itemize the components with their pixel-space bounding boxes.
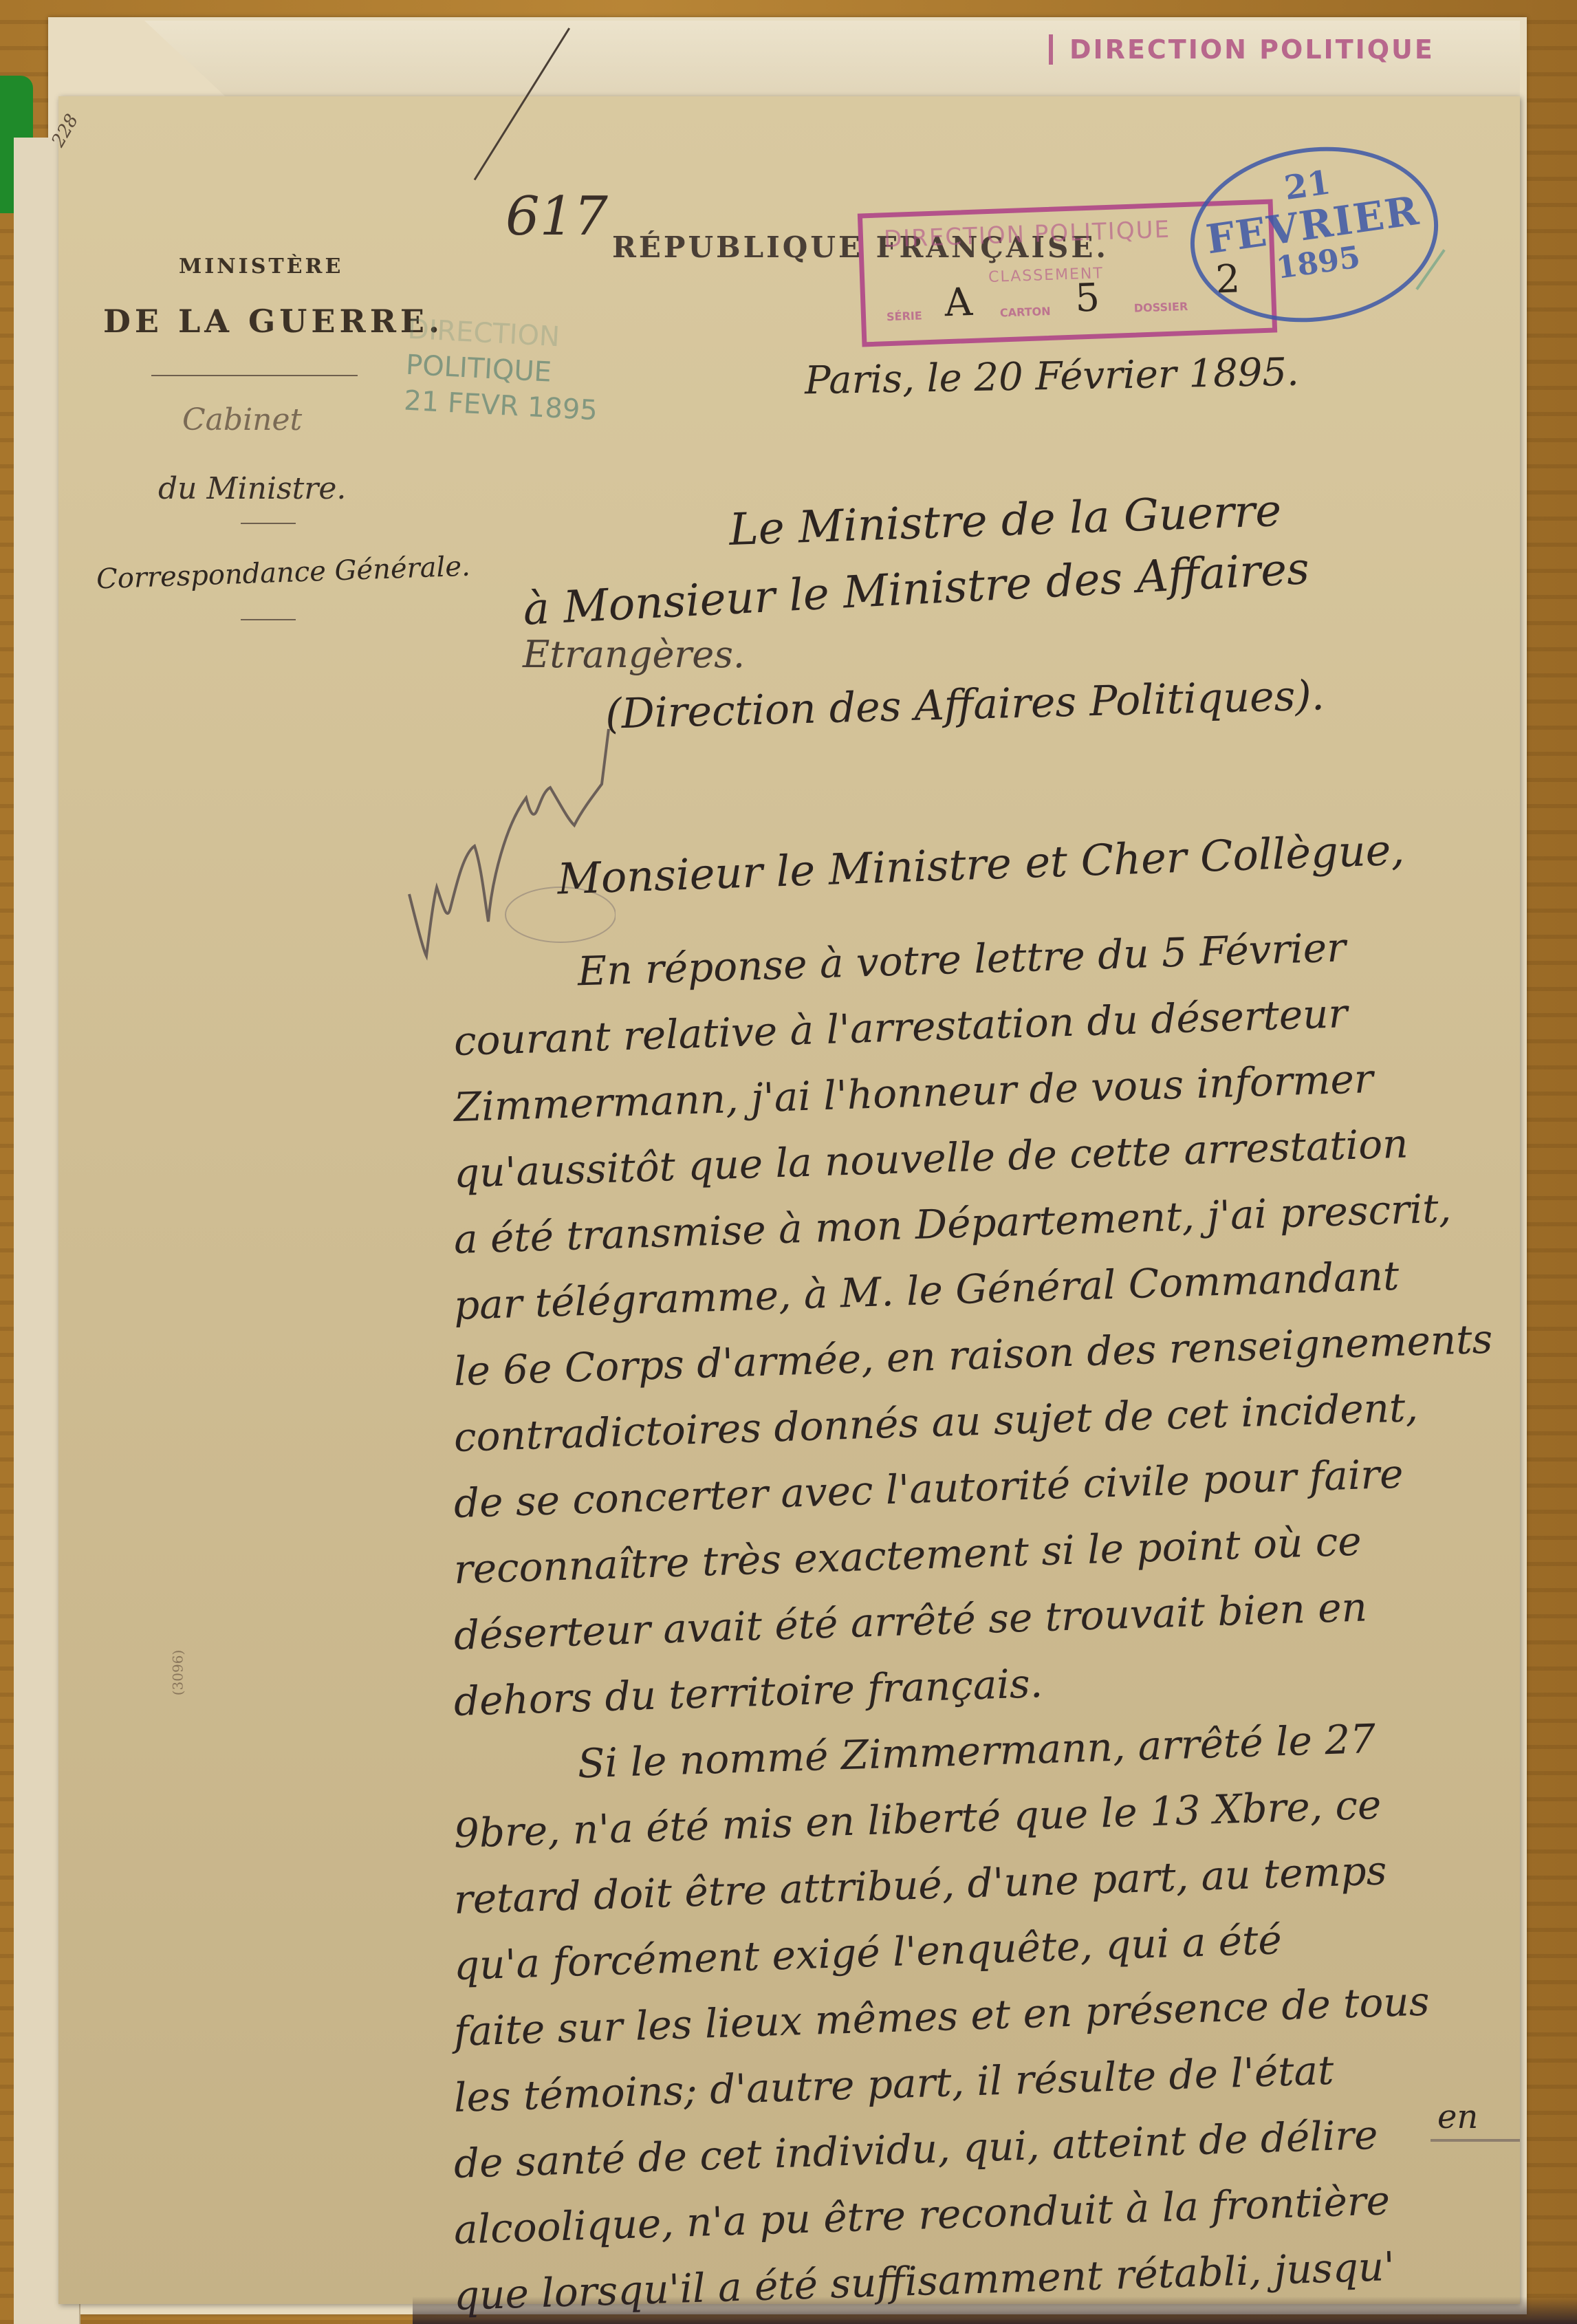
dossier-label: DOSSIER bbox=[1134, 300, 1188, 315]
carton-label: CARTON bbox=[1000, 305, 1051, 320]
letter-body: En réponse à votre lettre du 5 Février c… bbox=[454, 942, 1527, 2324]
file-number: 617 bbox=[505, 186, 608, 248]
office-cabinet: Cabinet bbox=[182, 402, 302, 437]
letterhead-divider-short bbox=[241, 523, 296, 524]
direction-politique-strip-stamp: DIRECTION POLITIQUE bbox=[1049, 34, 1435, 65]
received-stamp-green: DIRECTION POLITIQUE 21 FEVR 1895 bbox=[403, 312, 602, 429]
catchword: en bbox=[1437, 2098, 1478, 2136]
ministry-line-1: MINISTÈRE bbox=[179, 254, 343, 279]
margin-print-note: (3096) bbox=[169, 1650, 186, 1696]
serie-label: SÉRIE bbox=[887, 309, 922, 323]
office-du-ministre: du Ministre. bbox=[158, 471, 346, 506]
carton-value: 5 bbox=[1074, 275, 1100, 321]
ministry-line-2: DE LA GUERRE. bbox=[103, 303, 444, 340]
serie-value: A bbox=[944, 280, 973, 325]
pencil-annotation-envoye bbox=[395, 702, 616, 963]
service-divider bbox=[241, 619, 296, 620]
catchword-underline bbox=[1431, 2139, 1520, 2142]
bottom-shadow bbox=[413, 2296, 1577, 2324]
classement-stamp-title: DIRECTION POLITIQUE bbox=[883, 216, 1171, 254]
letterhead-divider bbox=[151, 375, 358, 376]
dateline: Paris, le 20 Février 1895. bbox=[804, 350, 1299, 404]
address-recipient-cont: Etrangères. bbox=[523, 633, 745, 676]
